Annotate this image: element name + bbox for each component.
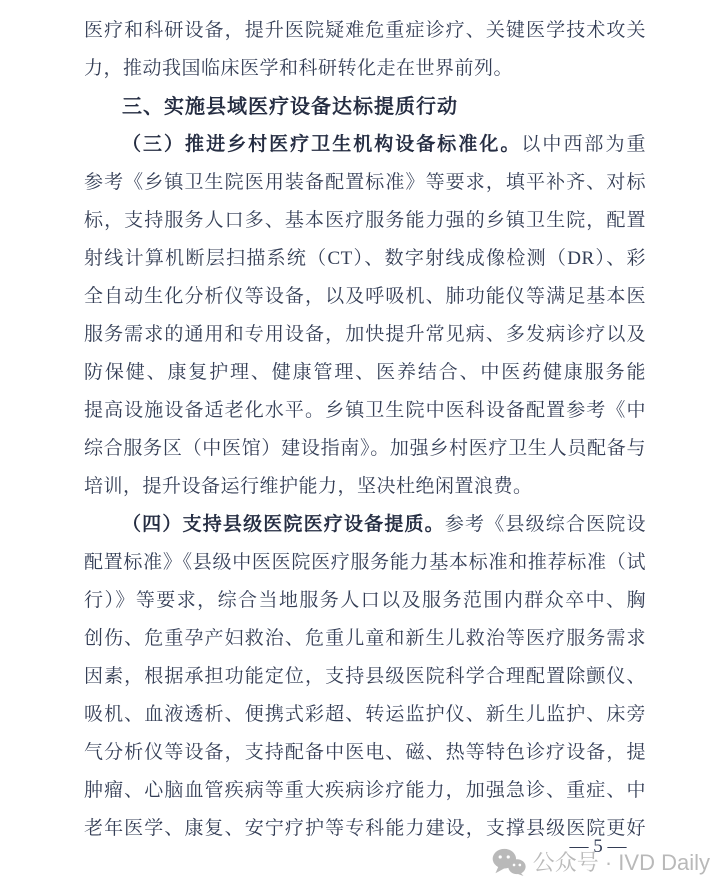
text-line: 配置标准》《县级中医医院医疗服务能力基本标准和推荐标准（试 (84, 544, 646, 582)
text-line: 培训，提升设备运行维护能力，坚决杜绝闲置浪费。 (84, 468, 646, 506)
text-line: 行）》等要求，综合当地服务人口以及服务范围内群众卒中、胸痛、 (84, 582, 646, 620)
section-heading: 三、实施县域医疗设备达标提质行动 (84, 88, 646, 126)
page-number: — 5 — (556, 836, 640, 858)
text-line: 服务需求的通用和专用设备，加快提升常见病、多发病诊疗以及预 (84, 316, 646, 354)
text-line: （四）支持县级医院医疗设备提质。参考《县级综合医院设备 (84, 506, 646, 544)
text-line: 提高设施设备适老化水平。乡镇卫生院中医科设备配置参考《中医 (84, 392, 646, 430)
document-page: 医疗和科研设备，提升医院疑难危重症诊疗、关键医学技术攻关能力，推动我国临床医学和… (0, 0, 726, 890)
text-line: 参考《乡镇卫生院医用装备配置标准》等要求，填平补齐、对标达 (84, 164, 646, 202)
text-line: 吸机、血液透析、便携式彩超、转运监护仪、新生儿监护、床旁血 (84, 696, 646, 734)
text-line: 创伤、危重孕产妇救治、危重儿童和新生儿救治等医疗服务需求等 (84, 620, 646, 658)
text-line: 肿瘤、心脑血管疾病等重大疾病诊疗能力，加强急诊、重症、中医、 (84, 772, 646, 810)
text-line: （三）推进乡村医疗卫生机构设备标准化。以中西部为重点， (84, 126, 646, 164)
text-line: 因素，根据承担功能定位，支持县级医院科学合理配置除颤仪、呼 (84, 658, 646, 696)
text-line: 力，推动我国临床医学和科研转化走在世界前列。 (84, 50, 646, 88)
text-line: 气分析仪等设备，支持配备中医电、磁、热等特色诊疗设备，提升 (84, 734, 646, 772)
text-line: 标，支持服务人口多、基本医疗服务能力强的乡镇卫生院，配置 X (84, 202, 646, 240)
text-line: 全自动生化分析仪等设备，以及呼吸机、肺功能仪等满足基本医疗 (84, 278, 646, 316)
document-text: 医疗和科研设备，提升医院疑难危重症诊疗、关键医学技术攻关能力，推动我国临床医学和… (84, 12, 646, 848)
text-line: 防保健、康复护理、健康管理、医养结合、中医药健康服务能力， (84, 354, 646, 392)
text-line: 射线计算机断层扫描系统（CT）、数字射线成像检测（DR）、彩超、 (84, 240, 646, 278)
wechat-icon (492, 848, 526, 876)
text-line: 医疗和科研设备，提升医院疑难危重症诊疗、关键医学技术攻关能 (84, 12, 646, 50)
text-line: 综合服务区（中医馆）建设指南》。加强乡村医疗卫生人员配备与 (84, 430, 646, 468)
